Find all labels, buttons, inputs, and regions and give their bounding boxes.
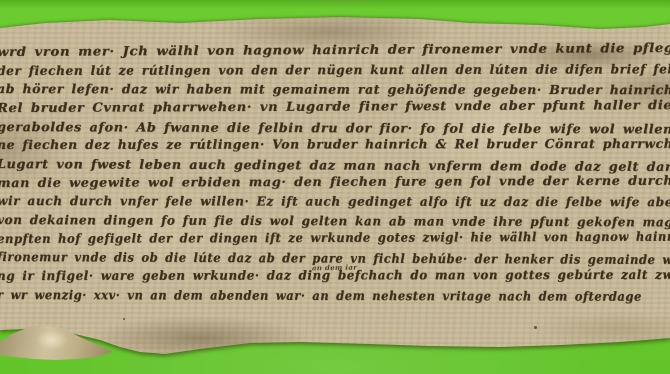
manuscript-line: r wr wenzig· xxv· vn an dem abenden war·…: [0, 287, 642, 304]
photo-background: wrd vron mer· Jch wälhl von hagnow hainr…: [0, 0, 670, 374]
manuscript-line: wir auch durch vnfer fele willen· Ez ift…: [0, 193, 670, 209]
manuscript-line: enpften hof gefigelt der der dingen ift …: [0, 229, 670, 246]
manuscript-line: Rel bruder Cvnrat pharrwehen· vn Lugarde…: [0, 97, 670, 115]
manuscript-line: ab hörer lefen· daz wir haben mit gemain…: [0, 81, 670, 97]
manuscript-line: wrd vron mer· Jch wälhl von hagnow hainr…: [0, 40, 670, 59]
manuscript-line: Lugart von fwest leben auch gedinget daz…: [0, 156, 670, 174]
parchment-surface: wrd vron mer· Jch wälhl von hagnow hainr…: [0, 0, 670, 374]
ink-speck: [534, 326, 537, 329]
manuscript-line: ne fiechen dez hufes ze rútlingen· Von b…: [0, 136, 670, 152]
manuscript-line: der fiechen lút ze rútlingen von den der…: [0, 61, 670, 78]
parchment: wrd vron mer· Jch wälhl von hagnow hainr…: [0, 0, 670, 374]
manuscript-line: geraboldes afon· Ab fwanne die felbin dr…: [0, 119, 670, 136]
interlinear-note: an dem iar: [312, 263, 357, 273]
manuscript-line: von dekainen dingen fo fun fie dis wol g…: [0, 212, 670, 229]
manuscript-line: man die wegewite wol erbiden mag· den fi…: [0, 173, 670, 190]
ink-speck: [123, 318, 125, 320]
